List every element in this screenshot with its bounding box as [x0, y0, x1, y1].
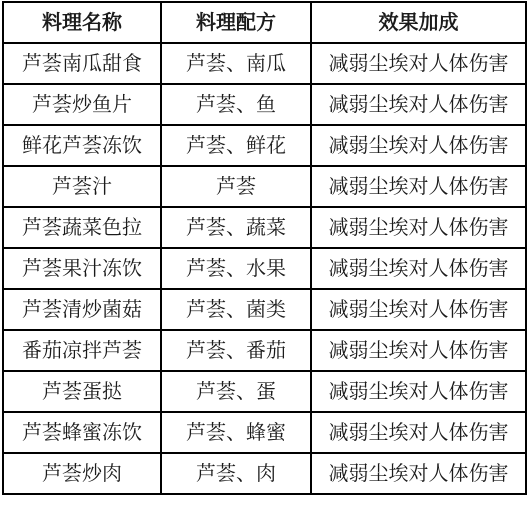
column-header-dish-name: 料理名称 [3, 2, 161, 43]
recipe-cell: 芦荟、蛋 [161, 371, 311, 412]
table-row: 芦荟蔬菜色拉 芦荟、蔬菜 减弱尘埃对人体伤害 [3, 207, 526, 248]
effect-cell: 减弱尘埃对人体伤害 [311, 166, 526, 207]
table-row: 芦荟南瓜甜食 芦荟、南瓜 减弱尘埃对人体伤害 [3, 43, 526, 84]
dish-name-cell: 芦荟蜂蜜冻饮 [3, 412, 161, 453]
effect-cell: 减弱尘埃对人体伤害 [311, 330, 526, 371]
effect-cell: 减弱尘埃对人体伤害 [311, 248, 526, 289]
effect-cell: 减弱尘埃对人体伤害 [311, 84, 526, 125]
header-row: 料理名称 料理配方 效果加成 [3, 2, 526, 43]
recipe-cell: 芦荟、蔬菜 [161, 207, 311, 248]
recipe-cell: 芦荟、菌类 [161, 289, 311, 330]
table-row: 番茄凉拌芦荟 芦荟、番茄 减弱尘埃对人体伤害 [3, 330, 526, 371]
dish-name-cell: 芦荟炒肉 [3, 453, 161, 494]
table-header-row: 料理名称 料理配方 效果加成 [3, 2, 526, 43]
recipe-cell: 芦荟 [161, 166, 311, 207]
table-row: 芦荟炒鱼片 芦荟、鱼 减弱尘埃对人体伤害 [3, 84, 526, 125]
table-row: 芦荟炒肉 芦荟、肉 减弱尘埃对人体伤害 [3, 453, 526, 494]
dish-name-cell: 芦荟蛋挞 [3, 371, 161, 412]
recipe-cell: 芦荟、鲜花 [161, 125, 311, 166]
recipe-cell: 芦荟、蜂蜜 [161, 412, 311, 453]
column-header-effect: 效果加成 [311, 2, 526, 43]
dish-name-cell: 芦荟汁 [3, 166, 161, 207]
table-row: 芦荟清炒菌菇 芦荟、菌类 减弱尘埃对人体伤害 [3, 289, 526, 330]
effect-cell: 减弱尘埃对人体伤害 [311, 453, 526, 494]
dish-name-cell: 芦荟蔬菜色拉 [3, 207, 161, 248]
column-header-recipe: 料理配方 [161, 2, 311, 43]
effect-cell: 减弱尘埃对人体伤害 [311, 43, 526, 84]
dish-name-cell: 芦荟炒鱼片 [3, 84, 161, 125]
recipe-cell: 芦荟、水果 [161, 248, 311, 289]
recipe-cell: 芦荟、南瓜 [161, 43, 311, 84]
recipe-cell: 芦荟、肉 [161, 453, 311, 494]
effect-cell: 减弱尘埃对人体伤害 [311, 412, 526, 453]
table-row: 芦荟蜂蜜冻饮 芦荟、蜂蜜 减弱尘埃对人体伤害 [3, 412, 526, 453]
effect-cell: 减弱尘埃对人体伤害 [311, 371, 526, 412]
page: 料理名称 料理配方 效果加成 芦荟南瓜甜食 芦荟、南瓜 减弱尘埃对人体伤害 芦荟… [0, 0, 530, 517]
effect-cell: 减弱尘埃对人体伤害 [311, 207, 526, 248]
table-row: 鲜花芦荟冻饮 芦荟、鲜花 减弱尘埃对人体伤害 [3, 125, 526, 166]
recipes-table: 料理名称 料理配方 效果加成 芦荟南瓜甜食 芦荟、南瓜 减弱尘埃对人体伤害 芦荟… [2, 1, 527, 495]
dish-name-cell: 芦荟南瓜甜食 [3, 43, 161, 84]
table-row: 芦荟汁 芦荟 减弱尘埃对人体伤害 [3, 166, 526, 207]
table-row: 芦荟果汁冻饮 芦荟、水果 减弱尘埃对人体伤害 [3, 248, 526, 289]
effect-cell: 减弱尘埃对人体伤害 [311, 289, 526, 330]
recipe-cell: 芦荟、番茄 [161, 330, 311, 371]
dish-name-cell: 鲜花芦荟冻饮 [3, 125, 161, 166]
dish-name-cell: 番茄凉拌芦荟 [3, 330, 161, 371]
table-row: 芦荟蛋挞 芦荟、蛋 减弱尘埃对人体伤害 [3, 371, 526, 412]
effect-cell: 减弱尘埃对人体伤害 [311, 125, 526, 166]
dish-name-cell: 芦荟果汁冻饮 [3, 248, 161, 289]
recipe-cell: 芦荟、鱼 [161, 84, 311, 125]
table-body: 芦荟南瓜甜食 芦荟、南瓜 减弱尘埃对人体伤害 芦荟炒鱼片 芦荟、鱼 减弱尘埃对人… [3, 43, 526, 494]
dish-name-cell: 芦荟清炒菌菇 [3, 289, 161, 330]
